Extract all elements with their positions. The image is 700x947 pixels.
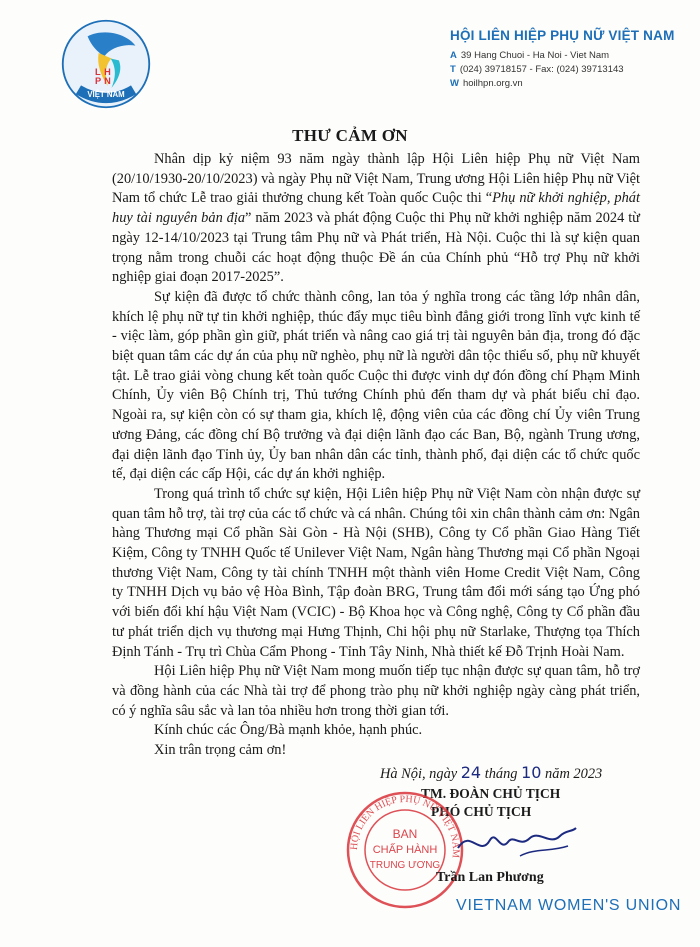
svg-text:BAN: BAN [393,827,418,841]
svg-text:VIỆT NAM: VIỆT NAM [87,90,124,99]
svg-text:P: P [95,76,101,86]
signer-name: Trần Lan Phương [436,870,544,886]
org-website: Whoilhpn.org.vn [450,77,690,91]
dove-map-logo-icon: L H P N VIỆT NAM [60,18,152,110]
paragraph-6: Xin trân trọng cảm ơn! [112,741,640,761]
org-address: A39 Hang Chuoi - Ha Noi - Viet Nam [450,49,690,63]
handwritten-signature-icon [450,818,580,868]
paragraph-2: Sự kiện đã được tổ chức thành công, lan … [112,288,640,485]
org-phone: T(024) 39718157 - Fax: (024) 39713143 [450,63,690,77]
paragraph-5: Kính chúc các Ông/Bà mạnh khỏe, hạnh phú… [112,721,640,741]
letterhead: HỘI LIÊN HIỆP PHỤ NỮ VIỆT NAM A39 Hang C… [450,28,690,91]
letter-title: THƯ CẢM ƠN [0,126,700,146]
letter-body: Nhân dịp kỷ niệm 93 năm ngày thành lập H… [112,150,640,761]
svg-text:TRUNG ƯƠNG: TRUNG ƯƠNG [370,860,441,871]
paragraph-4: Hội Liên hiệp Phụ nữ Việt Nam mong muốn … [112,662,640,721]
official-stamp-icon: HỘI LIÊN HIỆP PHỤ NỮ VIỆT NAM BAN CHẤP H… [345,790,465,910]
paragraph-3: Trong quá trình tổ chức sự kiện, Hội Liê… [112,485,640,662]
paragraph-1: Nhân dịp kỷ niệm 93 năm ngày thành lập H… [112,150,640,288]
letter-date: Hà Nội, ngày 24 tháng 10 năm 2023 [380,763,602,783]
org-name: HỘI LIÊN HIỆP PHỤ NỮ VIỆT NAM [450,28,690,43]
svg-text:N: N [104,76,111,86]
footer-brand: VIETNAM WOMEN'S UNION [456,897,681,915]
svg-text:CHẤP HÀNH: CHẤP HÀNH [373,843,438,856]
